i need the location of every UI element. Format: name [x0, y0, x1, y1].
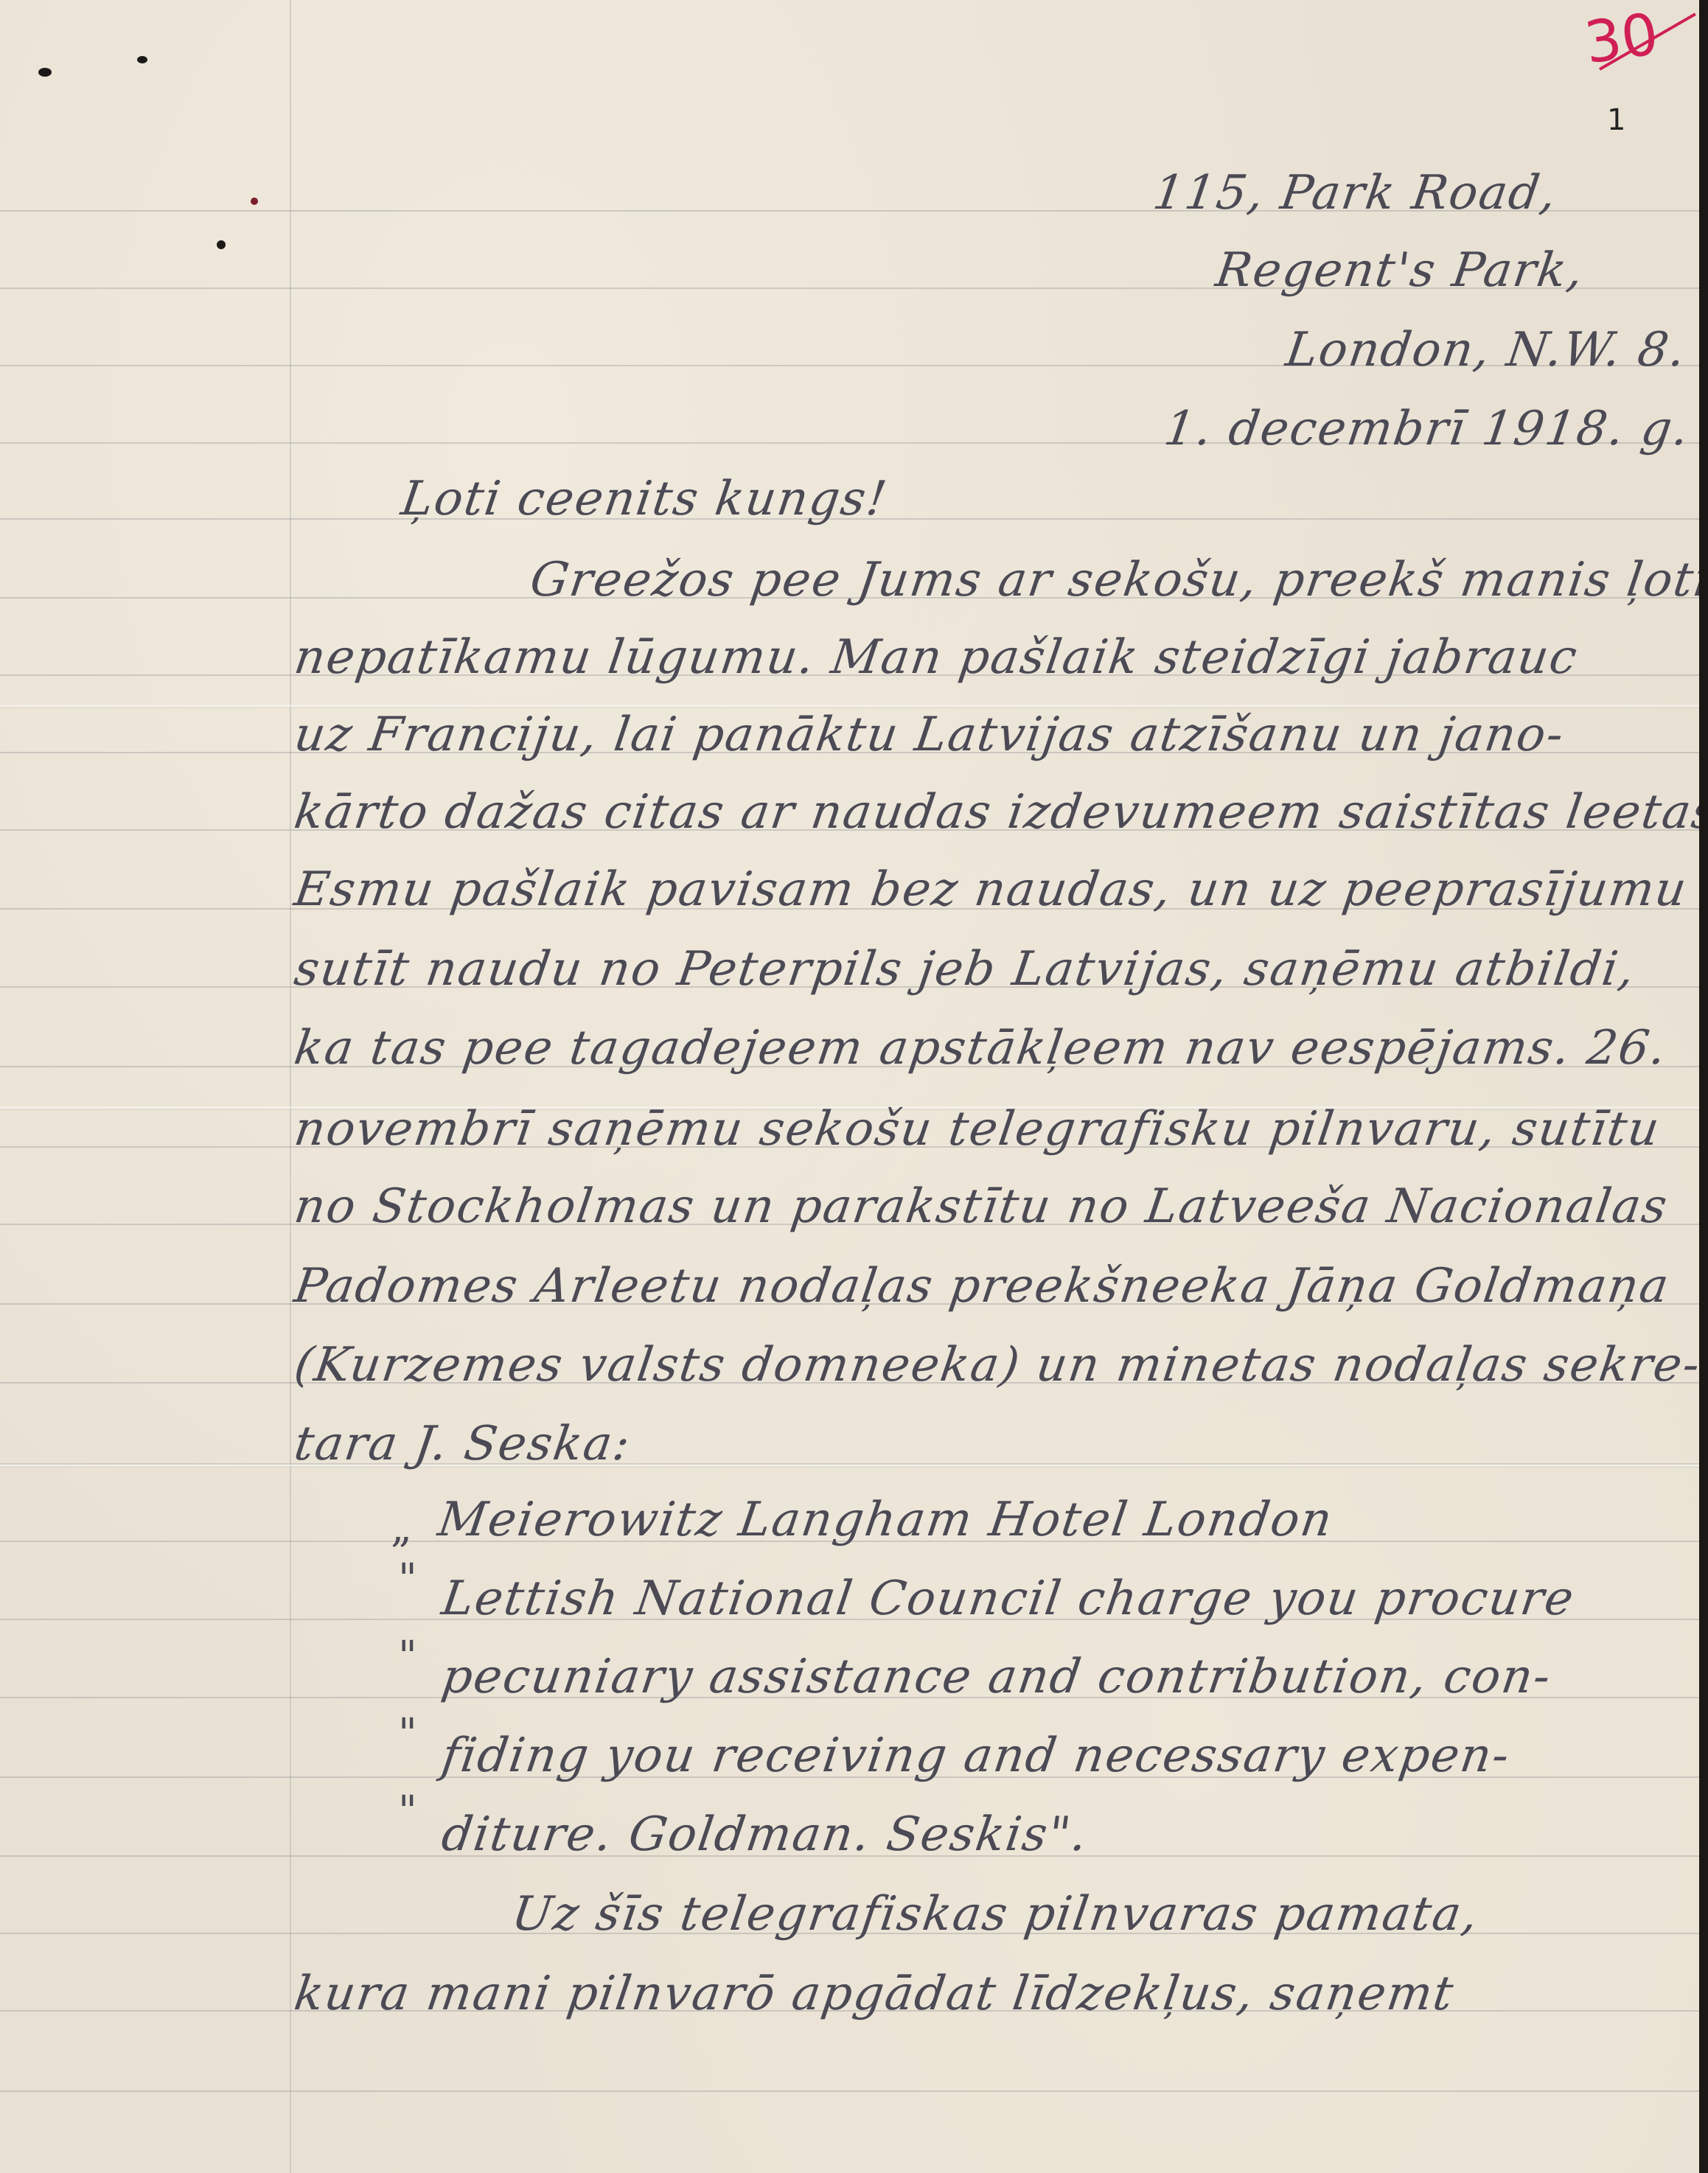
quote-mark: " [398, 1633, 417, 1681]
quote-mark: " [398, 1787, 417, 1835]
body-line: novembrī saņēmu sekošu telegrafisku piln… [291, 1102, 1664, 1157]
quote-mark: " [398, 1710, 417, 1758]
address-line-3: London, N.W. 8. [1283, 323, 1690, 377]
page-number: 1 [1607, 103, 1625, 137]
quote-mark: „ [391, 1504, 412, 1552]
address-line-2: Regent's Park, [1213, 243, 1588, 298]
letter-paper: 30 1 115, Park Road, Regent's Park, Lond… [0, 0, 1699, 2173]
body-line: uz Franciju, lai panāktu Latvijas atzīša… [291, 708, 1568, 762]
closing-line: Uz šīs telegrafiskas pilnvaras pamata, [509, 1887, 1482, 1942]
ink-spot [251, 198, 258, 205]
margin-line [290, 0, 291, 2173]
punch-hole [217, 240, 226, 249]
fold-crease [0, 1463, 1699, 1468]
scan-edge [1699, 0, 1708, 2173]
ruled-line [0, 2090, 1699, 2092]
address-line-1: 115, Park Road, [1150, 166, 1561, 220]
body-line: Esmu pašlaik pavisam bez naudas, un uz p… [291, 862, 1691, 917]
telegram-line: pecuniary assistance and contribution, c… [439, 1650, 1555, 1704]
telegram-line: Lettish National Council charge you proc… [439, 1572, 1578, 1626]
body-line: no Stockholmas un parakstītu no Latveeša… [291, 1179, 1672, 1234]
body-line: kārto dažas citas ar naudas izdevumeem s… [291, 785, 1708, 840]
letter-date: 1. decembrī 1918. g. [1161, 402, 1693, 456]
closing-line: kura mani pilnvarō apgādat līdzekļus, sa… [291, 1967, 1458, 2021]
telegram-line: Meierowitz Langham Hotel London [435, 1493, 1336, 1547]
body-line: Greežos pee Jums ar sekošu, preekš manis… [527, 553, 1708, 607]
body-line: sutīt naudu no Peterpils jeb Latvijas, s… [291, 942, 1639, 997]
body-line: Padomes Arleetu nodaļas preekšneeka Jāņa… [291, 1259, 1673, 1314]
telegram-line: diture. Goldman. Seskis". [439, 1807, 1092, 1862]
salutation: Ļoti ceenits kungs! [398, 472, 891, 526]
body-line: ka tas pee tagadejeem apstākļeem nav ees… [291, 1021, 1670, 1075]
body-line: tara J. Seska: [291, 1417, 635, 1471]
punch-hole [38, 68, 52, 77]
body-line: nepatīkamu lūgumu. Man pašlaik steidzīgi… [291, 630, 1582, 685]
punch-hole [137, 56, 147, 63]
quote-mark: " [398, 1555, 417, 1603]
body-line: (Kurzemes valsts domneeka) un minetas no… [291, 1338, 1704, 1392]
telegram-line: fiding you receiving and necessary expen… [439, 1729, 1514, 1783]
